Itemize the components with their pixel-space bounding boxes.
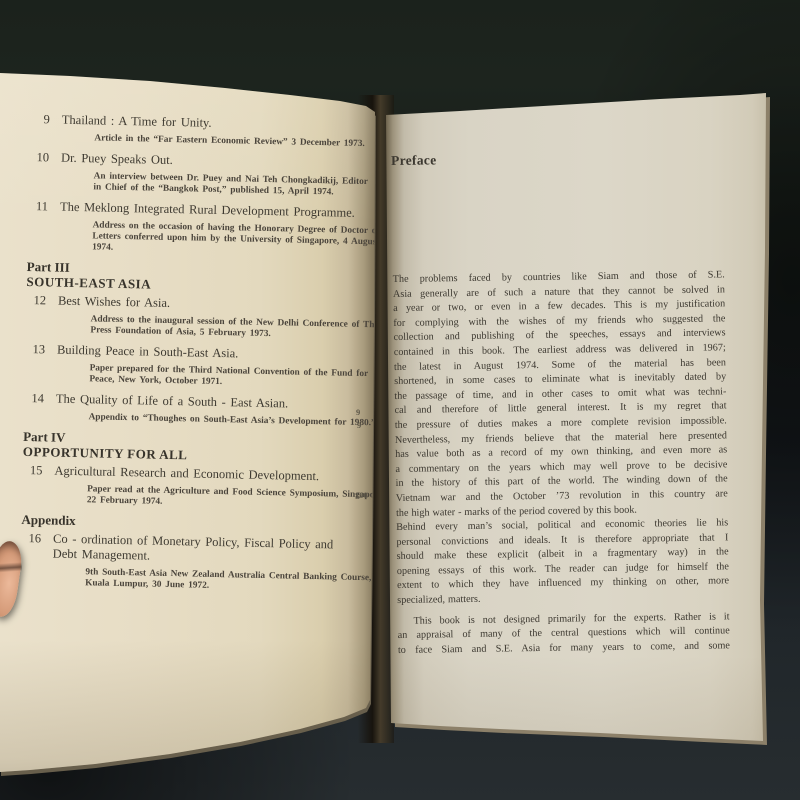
- toc-entry-number: 16: [21, 531, 42, 561]
- toc-entry-descriptions: Article in the “Far Eastern Economic Rev…: [94, 133, 375, 150]
- toc-entry-descriptions: 9th South-East Asia New Zealand Australi…: [85, 567, 366, 595]
- toc-entry-number: 12: [26, 293, 46, 308]
- toc-entry: 10Dr. Puey Speaks Out.An interview betwe…: [28, 150, 375, 199]
- toc-entry-title: Best Wishes for Asia.: [58, 294, 372, 316]
- part-label: Part IV: [23, 429, 85, 445]
- toc-entry-number: 11: [28, 199, 48, 214]
- toc-description-line: Article in the “Far Eastern Economic Rev…: [94, 133, 375, 150]
- preface-body: The problems faced by countries like Sia…: [393, 268, 730, 658]
- toc-part-heading: Part IIISOUTH-EAST ASIA: [26, 259, 373, 296]
- book-photo: 9Thailand : A Time for Unity.Article in …: [0, 0, 800, 800]
- toc-entry-row: 13Building Peace in South-East Asia.: [25, 342, 371, 364]
- toc-entry-row: 15Agricultural Research and Economic Dev…: [22, 463, 368, 485]
- preface-paragraph: Behind every man’s social, political and…: [396, 516, 729, 608]
- toc-description-line: Appendix to “Thoughes on South-East Asia…: [88, 412, 369, 429]
- toc-entry-title: Agricultural Research and Economic Devel…: [54, 464, 368, 486]
- toc-entry-number: 10: [29, 150, 49, 165]
- toc-entry: 13Building Peace in South-East Asia.Pape…: [24, 342, 371, 391]
- part-title: SOUTH-EAST ASIA: [26, 274, 372, 296]
- toc-entry-title: Dr. Puey Speaks Out.: [61, 151, 375, 173]
- toc-title-line: Agricultural Research and Economic Devel…: [54, 464, 368, 486]
- toc-entry-title: The Meklong Integrated Rural Development…: [60, 200, 374, 222]
- toc-title-line: Best Wishes for Asia.: [58, 294, 372, 316]
- preface-section: Preface The problems faced by countries …: [391, 148, 730, 658]
- preface-paragraph: This book is not designed primarily for …: [397, 610, 730, 658]
- toc-entry-number: 14: [24, 391, 44, 406]
- toc-entry-descriptions: An interview between Dr. Puey and Nai Te…: [93, 171, 374, 199]
- toc-entry-row: 11The Meklong Integrated Rural Developme…: [28, 199, 374, 221]
- toc-entry: 11The Meklong Integrated Rural Developme…: [27, 199, 374, 259]
- preface-heading: Preface: [391, 148, 723, 169]
- preface-paragraph: The problems faced by countries like Sia…: [393, 268, 728, 521]
- toc-title-line: The Meklong Integrated Rural Development…: [60, 200, 374, 222]
- gutter-page-number: 9: [357, 420, 361, 430]
- thumb-shadow-line: [0, 562, 22, 573]
- toc-part-heading: Appendix: [21, 512, 367, 534]
- gutter-page-number: 100: [355, 490, 368, 500]
- toc-entry-descriptions: Address on the occasion of having the Ho…: [92, 220, 374, 259]
- toc-title-line: The Quality of Life of a South - East As…: [56, 392, 370, 414]
- toc-entry: 9Thailand : A Time for Unity.Article in …: [29, 112, 376, 150]
- toc-entry-row: 14The Quality of Life of a South - East …: [24, 391, 370, 413]
- part-label: Part III: [27, 259, 89, 275]
- toc-entry-descriptions: Paper read at the Agriculture and Food S…: [87, 484, 368, 512]
- toc-title-line: Dr. Puey Speaks Out.: [61, 151, 375, 173]
- toc-part-heading: Part IVOPPORTUNITY FOR ALL: [23, 429, 370, 466]
- part-title: OPPORTUNITY FOR ALL: [23, 444, 369, 466]
- gutter-page-number: 9: [356, 407, 360, 417]
- toc-entry: 15Agricultural Research and Economic Dev…: [22, 463, 369, 512]
- toc-title-line: Building Peace in South-East Asia.: [57, 343, 371, 365]
- toc-entry-title: Co - ordination of Monetary Policy, Fisc…: [53, 532, 368, 569]
- toc-entry-title: Building Peace in South-East Asia.: [57, 343, 371, 365]
- toc-entry-title: The Quality of Life of a South - East As…: [56, 392, 370, 414]
- part-label: Appendix: [21, 512, 83, 528]
- toc-entry: 12Best Wishes for Asia.Address to the in…: [25, 293, 372, 342]
- toc-entry: 16Co - ordination of Monetary Policy, Fi…: [20, 531, 367, 595]
- toc-entry-descriptions: Address to the inaugural session of the …: [90, 314, 371, 342]
- toc-entry-descriptions: Appendix to “Thoughes on South-East Asia…: [88, 412, 369, 429]
- toc-entry-row: 10Dr. Puey Speaks Out.: [29, 150, 375, 172]
- toc-entry-row: 12Best Wishes for Asia.: [26, 293, 372, 315]
- toc-entry-number: 13: [25, 342, 45, 357]
- toc-entry-descriptions: Paper prepared for the Third National Co…: [89, 363, 370, 391]
- toc-entry-number: 9: [30, 112, 50, 127]
- table-of-contents: 9Thailand : A Time for Unity.Article in …: [20, 112, 376, 602]
- toc-entry-number: 15: [22, 463, 42, 478]
- toc-entry: 14The Quality of Life of a South - East …: [24, 391, 371, 429]
- toc-entry-row: 16Co - ordination of Monetary Policy, Fi…: [21, 531, 368, 568]
